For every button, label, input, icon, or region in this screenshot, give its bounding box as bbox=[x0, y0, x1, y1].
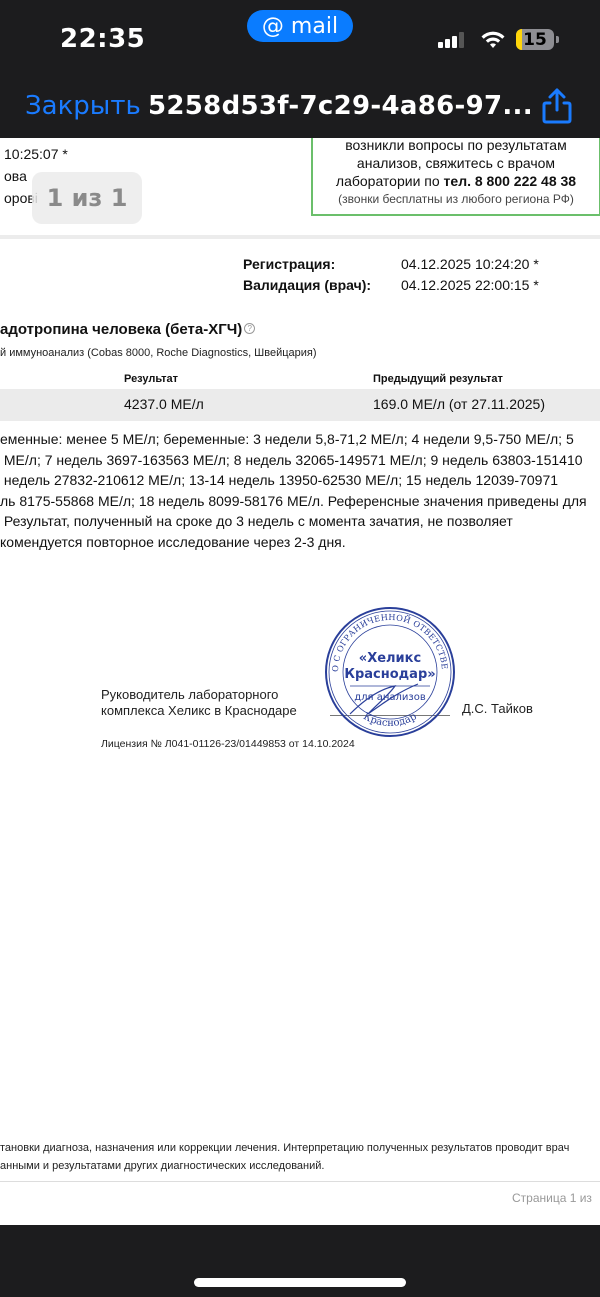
position-line: комплекса Хеликс в Краснодаре bbox=[101, 703, 297, 719]
mail-app-pill[interactable]: @ mail bbox=[247, 10, 353, 42]
document-title: 5258d53f-7c29-4a86-97... bbox=[148, 91, 533, 121]
battery-icon: 15 bbox=[516, 29, 554, 50]
reference-line: недель 27832-210612 МЕ/л; 13-14 недель 1… bbox=[0, 470, 600, 491]
meta-value: 04.12.2025 22:00:15 * bbox=[401, 275, 539, 296]
status-bar: 22:35 @ mail 15 bbox=[0, 0, 600, 80]
contact-info-box: возникли вопросы по результатам анализов… bbox=[311, 138, 600, 216]
pdf-document-view[interactable]: 10:25:07 * ова орові 1 из 1 возникли воп… bbox=[0, 138, 600, 1225]
disclaimer-line: тановки диагноза, назначения или коррекц… bbox=[0, 1139, 600, 1157]
contact-line: лаборатории по тел. 8 800 222 48 38 bbox=[313, 172, 599, 190]
reference-line: ль 8175-55868 МЕ/л; 18 недель 8099-58176… bbox=[0, 491, 600, 512]
share-icon[interactable] bbox=[540, 86, 574, 126]
license-number: Лицензия № Л041-01126-23/01449853 от 14.… bbox=[101, 738, 355, 750]
wifi-icon bbox=[480, 30, 506, 50]
reference-line: МЕ/л; 7 недель 3697-163563 МЕ/л; 8 недел… bbox=[0, 450, 600, 471]
header-result: Результат bbox=[124, 373, 178, 385]
test-method: й иммуноанализ (Cobas 8000, Roche Diagno… bbox=[0, 347, 317, 359]
svg-text:Краснодар: Краснодар bbox=[361, 711, 418, 729]
header-previous-result: Предыдущий результат bbox=[373, 373, 503, 385]
reference-line: еменные: менее 5 МЕ/л; беременные: 3 нед… bbox=[0, 429, 600, 450]
cellular-signal-icon bbox=[438, 32, 466, 48]
previous-result-value: 169.0 МЕ/л (от 27.11.2025) bbox=[373, 396, 545, 412]
signatory-position: Руководитель лабораторного комплекса Хел… bbox=[101, 687, 297, 719]
meta-label: Валидация (врач): bbox=[243, 275, 401, 296]
contact-line: анализов, свяжитесь с врачом bbox=[313, 154, 599, 172]
contact-prefix: лаборатории по bbox=[336, 173, 444, 189]
reference-line: комендуется повторное исследование через… bbox=[0, 532, 600, 553]
meta-row-validation: Валидация (врач): 04.12.2025 22:00:15 * bbox=[243, 275, 539, 296]
results-table-header: Результат Предыдущий результат bbox=[0, 373, 600, 389]
disclaimer-line: анными и результатами других диагностиче… bbox=[0, 1157, 600, 1175]
close-button[interactable]: Закрыть bbox=[25, 91, 141, 121]
section-divider bbox=[0, 235, 600, 239]
signer-name: Д.С. Тайков bbox=[462, 701, 533, 716]
test-title: адотропина человека (бета-ХГЧ)? bbox=[0, 321, 255, 338]
svg-text:«Хеликс: «Хеликс bbox=[359, 651, 421, 666]
svg-text:Краснодар»: Краснодар» bbox=[344, 667, 435, 682]
battery-nub bbox=[556, 36, 559, 43]
meta-label: Регистрация: bbox=[243, 254, 401, 275]
patient-info-line: 10:25:07 * bbox=[4, 143, 68, 165]
help-icon[interactable]: ? bbox=[244, 323, 255, 334]
contact-phone[interactable]: тел. 8 800 222 48 38 bbox=[444, 173, 577, 189]
reference-line: Результат, полученный на сроке до 3 неде… bbox=[0, 511, 600, 532]
battery-level: 15 bbox=[516, 29, 554, 50]
footer-divider bbox=[0, 1181, 600, 1182]
clock: 22:35 bbox=[60, 24, 145, 54]
contact-note: (звонки бесплатны из любого региона РФ) bbox=[313, 190, 599, 208]
page-number: Страница 1 из bbox=[512, 1191, 592, 1205]
home-indicator[interactable] bbox=[194, 1278, 406, 1287]
company-stamp: ОБЩЕСТВО С ОГРАНИЧЕННОЙ ОТВЕТСТВЕННОСТЬЮ… bbox=[320, 604, 460, 740]
test-title-text: адотропина человека (бета-ХГЧ) bbox=[0, 321, 242, 338]
table-row: 4237.0 МЕ/л 169.0 МЕ/л (от 27.11.2025) bbox=[0, 389, 600, 421]
position-line: Руководитель лабораторного bbox=[101, 687, 297, 703]
page-counter-overlay: 1 из 1 bbox=[32, 172, 142, 224]
reference-values-text: еменные: менее 5 МЕ/л; беременные: 3 нед… bbox=[0, 429, 600, 552]
meta-row-registration: Регистрация: 04.12.2025 10:24:20 * bbox=[243, 254, 539, 275]
meta-value: 04.12.2025 10:24:20 * bbox=[401, 254, 539, 275]
disclaimer-text: тановки диагноза, назначения или коррекц… bbox=[0, 1139, 600, 1175]
nav-bar: Закрыть 5258d53f-7c29-4a86-97... bbox=[0, 80, 600, 138]
order-meta: Регистрация: 04.12.2025 10:24:20 * Валид… bbox=[243, 254, 539, 296]
result-value: 4237.0 МЕ/л bbox=[124, 396, 204, 412]
contact-line: возникли вопросы по результатам bbox=[313, 138, 599, 154]
